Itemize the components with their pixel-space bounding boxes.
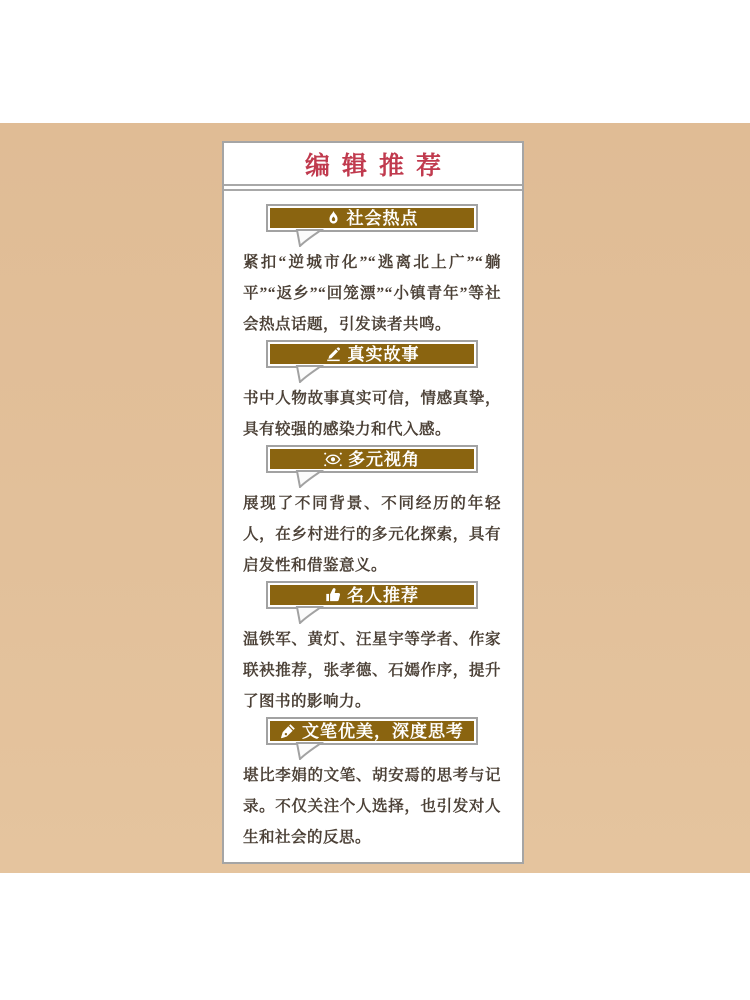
badge-tail	[294, 606, 324, 624]
badge-tail	[294, 229, 324, 247]
thumbs-up-icon	[325, 587, 341, 603]
eye-icon	[324, 452, 342, 467]
badge-label: 真实故事	[348, 346, 420, 363]
section-text: 紧扣“逆城市化”“逃离北上广”“躺平”“返乡”“回笼漂”“小镇青年”等社会热点话…	[243, 247, 501, 340]
card-header: 编辑推荐	[224, 143, 522, 186]
section-text: 堪比李娟的文笔、胡安焉的思考与记录。不仅关注个人选择，也引发对人生和社会的反思。	[243, 760, 501, 853]
badge-tail	[294, 365, 324, 383]
section-text: 展现了不同背景、不同经历的年轻人，在乡村进行的多元化探索，具有启发性和借鉴意义。	[243, 488, 501, 581]
flame-icon	[326, 210, 341, 227]
card-content: 社会热点 紧扣“逆城市化”“逃离北上广”“躺平”“返乡”“回笼漂”“小镇青年”等…	[224, 204, 522, 862]
section-badge: 社会热点	[266, 204, 478, 232]
section-multi-perspective: 多元视角 展现了不同背景、不同经历的年轻人，在乡村进行的多元化探索，具有启发性和…	[243, 445, 501, 581]
section-writing-style: 文笔优美，深度思考 堪比李娟的文笔、胡安焉的思考与记录。不仅关注个人选择，也引发…	[243, 717, 501, 853]
badge-tail	[294, 742, 324, 760]
section-badge: 多元视角	[266, 445, 478, 473]
writing-hand-icon	[325, 346, 342, 362]
section-social-hotspot: 社会热点 紧扣“逆城市化”“逃离北上广”“躺平”“返乡”“回笼漂”“小镇青年”等…	[243, 204, 501, 340]
section-celebrity-recommend: 名人推荐 温铁军、黄灯、汪星宇等学者、作家联袂推荐，张孝德、石嫣作序，提升了图书…	[243, 581, 501, 717]
badge-tail	[294, 470, 324, 488]
badge-label: 文笔优美，深度思考	[302, 723, 464, 740]
page-title: 编辑推荐	[293, 146, 453, 182]
badge-label: 名人推荐	[347, 587, 419, 604]
badge-label: 社会热点	[347, 210, 419, 227]
editor-recommendation-card: 编辑推荐 社会热点 紧扣“逆城市化”“逃离北上广”“躺平”“返乡”“回笼漂”“小…	[222, 141, 524, 864]
pen-nib-icon	[280, 723, 296, 739]
badge-label: 多元视角	[348, 451, 420, 468]
section-badge: 文笔优美，深度思考	[266, 717, 478, 745]
section-true-story: 真实故事 书中人物故事真实可信，情感真挚，具有较强的感染力和代入感。	[243, 340, 501, 445]
header-divider	[224, 189, 522, 191]
section-badge: 名人推荐	[266, 581, 478, 609]
section-badge: 真实故事	[266, 340, 478, 368]
section-text: 书中人物故事真实可信，情感真挚，具有较强的感染力和代入感。	[243, 383, 501, 445]
section-text: 温铁军、黄灯、汪星宇等学者、作家联袂推荐，张孝德、石嫣作序，提升了图书的影响力。	[243, 624, 501, 717]
